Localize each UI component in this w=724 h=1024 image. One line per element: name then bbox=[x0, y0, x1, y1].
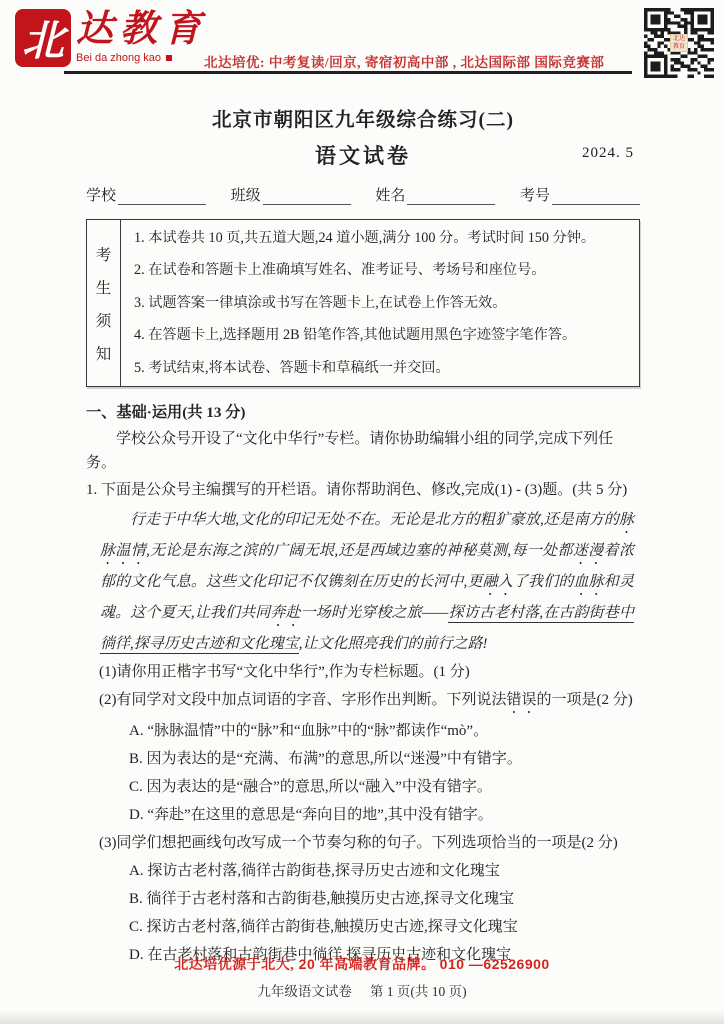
sub-question-lead: (1)请你用正楷字书写“文化中华行”,作为专栏标题。(1 分) bbox=[99, 658, 640, 686]
sub-questions: (1)请你用正楷字书写“文化中华行”,作为专栏标题。(1 分)(2)有同学对文段… bbox=[86, 658, 640, 969]
emphasized-text: 血脉 bbox=[574, 574, 604, 590]
seal-character: 北 bbox=[22, 8, 64, 68]
notice-item: 2. 在试卷和答题卡上准确填写姓名、准考证号、考场号和座位号。 bbox=[134, 261, 635, 280]
student-field: 考号 bbox=[520, 184, 640, 205]
emphasized-text: 错误 bbox=[507, 692, 537, 708]
text-segment: (1)请你用正楷字书写“文化中华行”,作为专栏标题。(1 分) bbox=[99, 664, 470, 680]
answer-option: C. 因为表达的是“融合”的意思,所以“融入”中没有错字。 bbox=[129, 773, 640, 801]
brand-name: 达教育 bbox=[76, 10, 208, 50]
section-intro: 学校公众号开设了“文化中华行”专栏。请你协助编辑小组的同学,完成下列任务。 bbox=[86, 427, 640, 475]
sub-question: (2)有同学对文段中加点词语的字音、字形作出判断。下列说法错误的一项是(2 分)… bbox=[99, 686, 640, 829]
text-segment: 行走于中华大地,文化的印记无处不在。无论是北方的粗犷豪放,还是南方的 bbox=[130, 512, 619, 528]
subject-row: 语文试卷 2024. 5 bbox=[86, 140, 640, 170]
notice-side-label: 考生须知 bbox=[87, 220, 121, 386]
seal-icon: 北 bbox=[16, 10, 70, 66]
emphasized-text: 迷漫 bbox=[573, 543, 604, 559]
emphasized-text: 融入 bbox=[483, 574, 513, 590]
brand-subtext-label: Bei da zhong kao bbox=[76, 52, 161, 64]
question-1-lead: 1. 下面是公众号主编撰写的开栏语。请你帮助润色、修改,完成(1) - (3)题… bbox=[86, 478, 640, 502]
candidate-notice-box: 考生须知 1. 本试卷共 10 页,共五道大题,24 道小题,满分 100 分。… bbox=[86, 219, 640, 387]
page-info: 九年级语文试卷第 1 页(共 10 页) bbox=[0, 980, 724, 1000]
answer-option: A. “脉脉温情”中的“脉”和“血脉”中的“脉”都读作“mò”。 bbox=[129, 717, 640, 745]
student-field: 学校 bbox=[86, 184, 206, 205]
text-segment: 010 —62526900 bbox=[440, 956, 550, 972]
field-label: 班级 bbox=[231, 184, 261, 205]
field-blank-line bbox=[118, 188, 206, 205]
qr-center-logo: 北达 教育 bbox=[670, 34, 688, 52]
text-segment: (3)同学们想把画线句改写成一个节奏匀称的句子。下列选项恰当的一项是(2 分) bbox=[99, 835, 618, 851]
square-bullet-icon bbox=[166, 55, 172, 61]
header-divider bbox=[64, 71, 632, 74]
text-segment: 年高端教育品牌。 bbox=[320, 958, 440, 973]
text-segment: ,让文化照亮我们的前行之路! bbox=[299, 636, 488, 652]
answer-option: B. 徜徉于古老村落和古韵街巷,触摸历史古迹,探寻文化瑰宝 bbox=[129, 885, 640, 913]
sub-question: (3)同学们想把画线句改写成一个节奏匀称的句子。下列选项恰当的一项是(2 分)A… bbox=[99, 829, 640, 969]
text-segment: 20 bbox=[294, 956, 319, 972]
text-segment: (2)有同学对文段中加点词语的字音、字形作出判断。下列说法 bbox=[99, 692, 507, 708]
text-segment: 北达培优源于北大, bbox=[174, 958, 294, 973]
text-segment: ,无论是东海之滨的广阔无垠,还是西域边塞的神秘莫测,每一处都 bbox=[146, 543, 573, 559]
field-blank-line bbox=[263, 188, 351, 205]
page-number: 第 1 页(共 10 页) bbox=[370, 984, 467, 999]
answer-option: A. 探访古老村落,徜徉古韵街巷,探寻历史古迹和文化瑰宝 bbox=[129, 857, 640, 885]
paper-name: 九年级语文试卷 bbox=[257, 984, 352, 999]
sub-question-lead: (2)有同学对文段中加点词语的字音、字形作出判断。下列说法错误的一项是(2 分) bbox=[99, 686, 640, 717]
qr-code-icon: 北达 教育 bbox=[643, 8, 715, 78]
answer-option: D. “奔赴”在这里的意思是“奔向目的地”,其中没有错字。 bbox=[129, 801, 640, 829]
sub-question-lead: (3)同学们想把画线句改写成一个节奏匀称的句子。下列选项恰当的一项是(2 分) bbox=[99, 829, 640, 857]
section-heading: 一、基础·运用(共 13 分) bbox=[86, 401, 640, 422]
notice-side-char: 须 bbox=[96, 309, 112, 331]
field-label: 考号 bbox=[520, 184, 550, 205]
notice-item: 5. 考试结束,将本试卷、答题卡和草稿纸一并交回。 bbox=[134, 359, 635, 378]
notice-item: 4. 在答题卡上,选择题用 2B 铅笔作答,其他试题用黑色字迹签字笔作答。 bbox=[134, 326, 635, 345]
student-info-fields: 学校班级姓名考号 bbox=[86, 184, 640, 205]
field-blank-line bbox=[552, 188, 640, 205]
brand-text-block: 达教育 Bei da zhong kao bbox=[76, 10, 208, 64]
notice-list: 1. 本试卷共 10 页,共五道大题,24 道小题,满分 100 分。考试时间 … bbox=[121, 220, 639, 386]
passage-text: 行走于中华大地,文化的印记无处不在。无论是北方的粗犷豪放,还是南方的脉脉温情,无… bbox=[100, 506, 634, 658]
subject-title: 语文试卷 bbox=[86, 140, 640, 170]
notice-item: 1. 本试卷共 10 页,共五道大题,24 道小题,满分 100 分。考试时间 … bbox=[134, 229, 635, 248]
text-segment: 一场时光穿梭之旅—— bbox=[301, 605, 449, 621]
field-blank-line bbox=[407, 188, 495, 205]
notice-side-char: 考 bbox=[96, 243, 112, 265]
header: 北 达教育 Bei da zhong kao 北达培优: 中考复读/回京, 寄宿… bbox=[0, 0, 724, 90]
field-label: 姓名 bbox=[375, 184, 405, 205]
exam-paper-page: 北 达教育 Bei da zhong kao 北达培优: 中考复读/回京, 寄宿… bbox=[0, 0, 724, 1024]
student-field: 班级 bbox=[231, 184, 351, 205]
footer-promo: 北达培优源于北大, 20 年高端教育品牌。 010 —62526900 bbox=[0, 954, 724, 974]
field-label: 学校 bbox=[86, 184, 116, 205]
paper-body: 北京市朝阳区九年级综合练习(二) 语文试卷 2024. 5 学校班级姓名考号 考… bbox=[0, 90, 724, 969]
notice-side-char: 知 bbox=[96, 342, 112, 364]
text-segment: 的一项是(2 分) bbox=[537, 692, 633, 708]
sub-question: (1)请你用正楷字书写“文化中华行”,作为专栏标题。(1 分) bbox=[99, 658, 640, 686]
answer-option: C. 探访古老村落,徜徉古韵街巷,触摸历史古迹,探寻文化瑰宝 bbox=[129, 913, 640, 941]
footer: 北达培优源于北大, 20 年高端教育品牌。 010 —62526900 九年级语… bbox=[0, 954, 724, 1000]
student-field: 姓名 bbox=[375, 184, 495, 205]
notice-side-char: 生 bbox=[96, 276, 112, 298]
exam-date: 2024. 5 bbox=[582, 145, 634, 162]
brand-logo: 北 达教育 Bei da zhong kao bbox=[16, 10, 208, 66]
paper-title: 北京市朝阳区九年级综合练习(二) bbox=[86, 104, 640, 132]
brand-subtext: Bei da zhong kao bbox=[76, 52, 208, 64]
text-segment: 了我们的 bbox=[513, 574, 574, 590]
notice-item: 3. 试题答案一律填涂或书写在答题卡上,在试卷上作答无效。 bbox=[134, 294, 635, 313]
answer-option: B. 因为表达的是“充满、布满”的意思,所以“迷漫”中有错字。 bbox=[129, 745, 640, 773]
emphasized-text: 奔赴 bbox=[270, 605, 300, 621]
header-tagline: 北达培优: 中考复读/回京, 寄宿初高中部 , 北达国际部 国际竞赛部 bbox=[204, 51, 624, 71]
